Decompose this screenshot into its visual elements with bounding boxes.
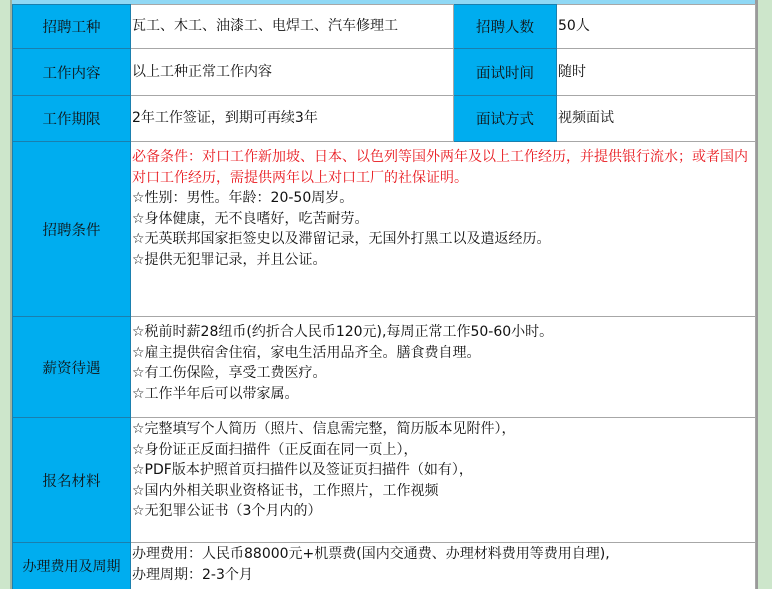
material-item: ☆无犯罪公证书（3个月内的） xyxy=(132,501,755,522)
materials-label: 报名材料 xyxy=(13,418,131,543)
salary-value: ☆税前时薪28纽币(约折合人民币120元),每周正常工作50-60小时。 ☆雇主… xyxy=(131,317,756,418)
material-item: ☆身份证正反面扫描件（正反面在同一页上）， xyxy=(132,440,755,461)
recruitment-info-table: 招聘工种 瓦工、木工、油漆工、电焊工、汽车修理工 招聘人数 50人 工作内容 以… xyxy=(12,4,756,589)
required-conditions-text: 必备条件：对口工作新加坡、日本、以色列等国外两年及以上工作经历，并提供银行流水；… xyxy=(132,147,755,188)
work-term-value: 2年工作签证，到期可再续3年 xyxy=(131,96,454,142)
requirements-label: 招聘条件 xyxy=(13,142,131,317)
work-term-label: 工作期限 xyxy=(13,96,131,142)
salary-item: ☆雇主提供宿舍住宿，家电生活用品齐全。膳食费自理。 xyxy=(132,343,755,364)
fee-item: 办理周期：2-3个月 xyxy=(132,565,755,586)
headcount-label: 招聘人数 xyxy=(454,5,557,49)
salary-item: ☆有工伤保险，享受工费医疗。 xyxy=(132,363,755,384)
requirement-item: ☆身体健康，无不良嗜好，吃苦耐劳。 xyxy=(132,209,755,230)
material-item: ☆PDF版本护照首页扫描件以及签证页扫描件（如有）， xyxy=(132,460,755,481)
headcount-value: 50人 xyxy=(557,5,756,49)
table-row: 招聘工种 瓦工、木工、油漆工、电焊工、汽车修理工 招聘人数 50人 xyxy=(13,5,756,49)
table-row: 工作期限 2年工作签证，到期可再续3年 面试方式 视频面试 xyxy=(13,96,756,142)
salary-item: ☆工作半年后可以带家属。 xyxy=(132,384,755,405)
requirement-item: ☆性别：男性。年龄：20-50周岁。 xyxy=(132,188,755,209)
table-row: 薪资待遇 ☆税前时薪28纽币(约折合人民币120元),每周正常工作50-60小时… xyxy=(13,317,756,418)
materials-value: ☆完整填写个人简历（照片、信息需完整，简历版本见附件）， ☆身份证正反面扫描件（… xyxy=(131,418,756,543)
table-row: 工作内容 以上工种正常工作内容 面试时间 随时 xyxy=(13,49,756,96)
job-content-label: 工作内容 xyxy=(13,49,131,96)
fee-item: 办理费用：人民币88000元+机票费(国内交通费、办理材料费用等费用自理), xyxy=(132,544,755,565)
job-type-value: 瓦工、木工、油漆工、电焊工、汽车修理工 xyxy=(131,5,454,49)
salary-label: 薪资待遇 xyxy=(13,317,131,418)
table-row: 办理费用及周期 办理费用：人民币88000元+机票费(国内交通费、办理材料费用等… xyxy=(13,543,756,589)
interview-method-value: 视频面试 xyxy=(557,96,756,142)
salary-item: ☆税前时薪28纽币(约折合人民币120元),每周正常工作50-60小时。 xyxy=(132,322,755,343)
material-item: ☆国内外相关职业资格证书，工作照片，工作视频 xyxy=(132,481,755,502)
interview-time-value: 随时 xyxy=(557,49,756,96)
interview-time-label: 面试时间 xyxy=(454,49,557,96)
table-row: 报名材料 ☆完整填写个人简历（照片、信息需完整，简历版本见附件）， ☆身份证正反… xyxy=(13,418,756,543)
material-item: ☆完整填写个人简历（照片、信息需完整，简历版本见附件）， xyxy=(132,419,755,440)
requirement-item: ☆提供无犯罪记录，并且公证。 xyxy=(132,250,755,271)
table-row: 招聘条件 必备条件：对口工作新加坡、日本、以色列等国外两年及以上工作经历，并提供… xyxy=(13,142,756,317)
fees-value: 办理费用：人民币88000元+机票费(国内交通费、办理材料费用等费用自理), 办… xyxy=(131,543,756,589)
interview-method-label: 面试方式 xyxy=(454,96,557,142)
job-content-value: 以上工种正常工作内容 xyxy=(131,49,454,96)
fees-label: 办理费用及周期 xyxy=(13,543,131,589)
requirement-item: ☆无英联邦国家拒签史以及滞留记录，无国外打黑工以及遣返经历。 xyxy=(132,229,755,250)
job-type-label: 招聘工种 xyxy=(13,5,131,49)
requirements-value: 必备条件：对口工作新加坡、日本、以色列等国外两年及以上工作经历，并提供银行流水；… xyxy=(131,142,756,317)
